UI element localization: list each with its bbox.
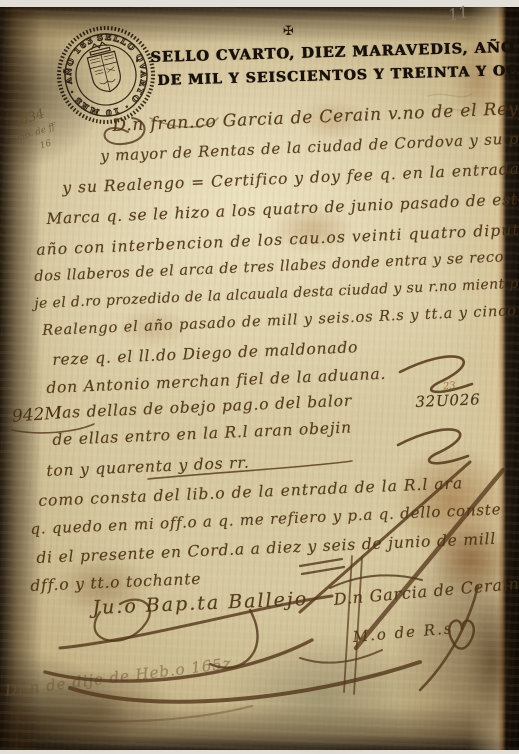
scanned-manuscript: ✠ 11 SELLO CVARTO, DIEZ MARAVEDIS, AÑO D… [0, 0, 519, 754]
amount-value: 32U026 [415, 390, 481, 411]
cross-icon: ✠ [283, 24, 294, 39]
margin-note-total: 942M [11, 403, 62, 426]
amount-correction: 23 [443, 381, 456, 393]
edge-stain [468, 592, 518, 732]
mould-stain [222, 635, 427, 754]
